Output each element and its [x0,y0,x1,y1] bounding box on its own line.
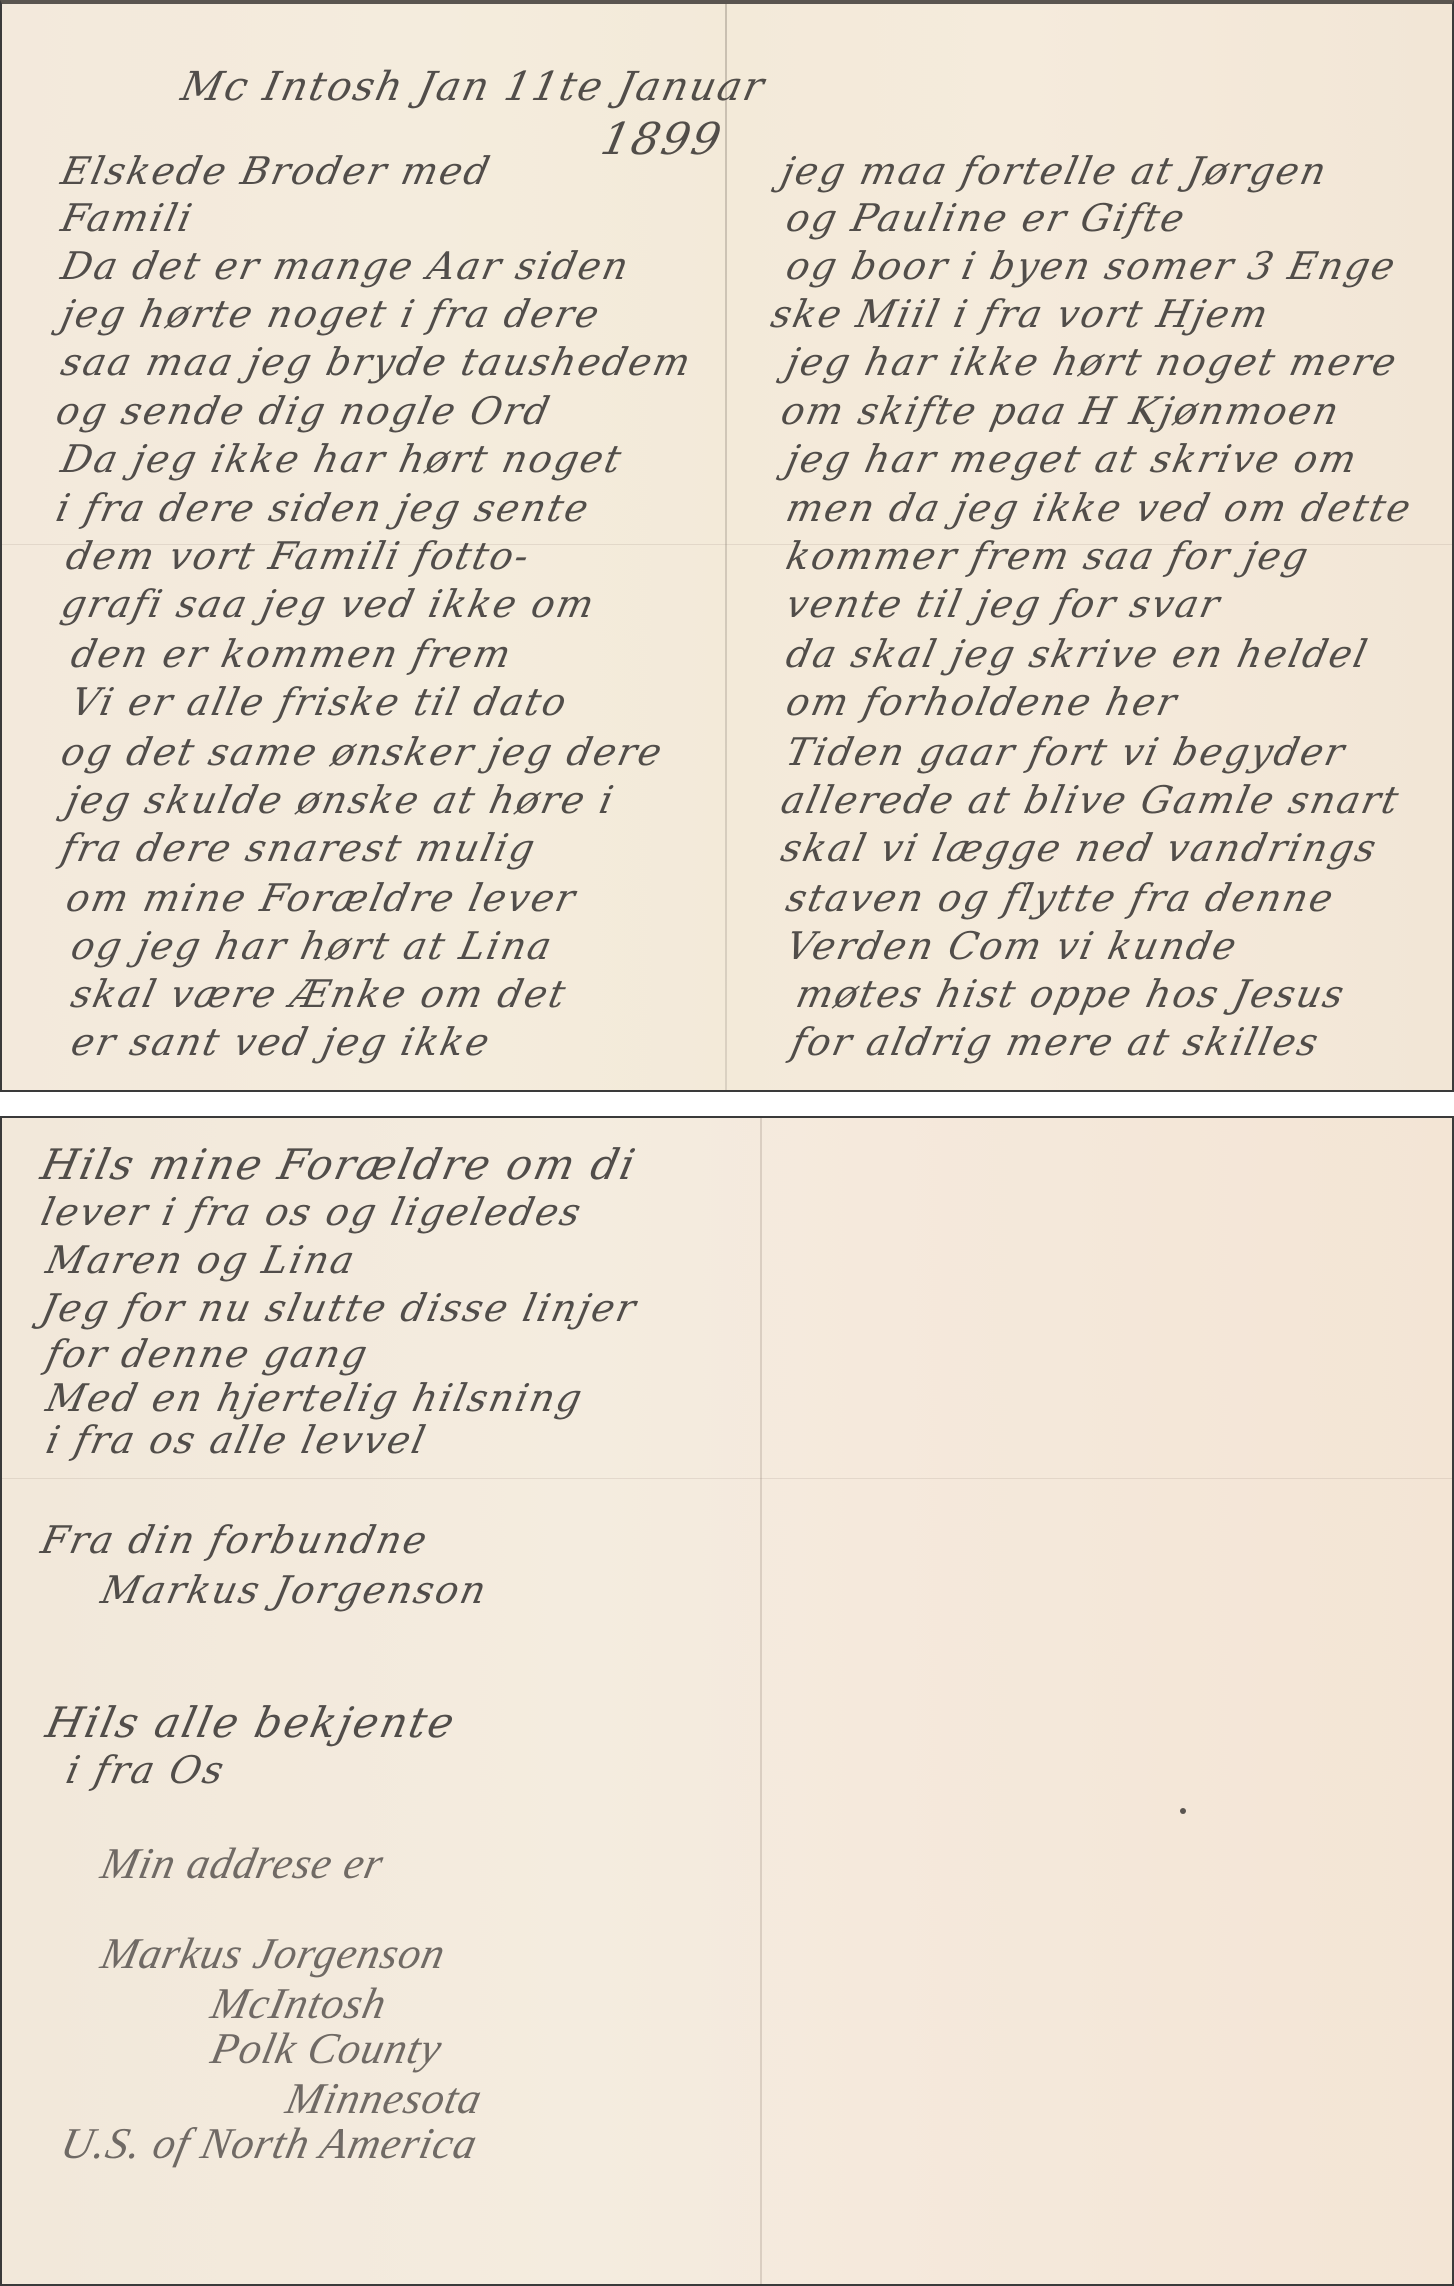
letter-line: Hils mine Forældre om di [37,1140,641,1189]
letter-line: saa maa jeg bryde taushedem [57,340,696,384]
signature-intro: Fra din forbundne [37,1518,432,1562]
letter-line: i fra dere siden jeg sente [52,486,594,530]
address-intro: Min addrese er [97,1838,389,1889]
letter-line: for aldrig mere at skilles [787,1020,1324,1064]
letter-line: og det same ønsker jeg dere [57,730,667,774]
ink-spot [1180,1808,1186,1814]
letter-line: Da jeg ikke har hørt noget [57,437,627,481]
letter-line: kommer frem saa for jeg [782,534,1314,578]
letter-line: Tiden gaar fort vi begyder [782,730,1350,774]
letter-line: Famili [57,196,197,240]
letter-line: for denne gang [42,1332,373,1376]
letter-line: Da det er mange Aar siden [57,244,634,288]
letter-line: grafi saa jeg ved ikke om [57,582,599,626]
letter-line: skal vi lægge ned vandrings [777,826,1381,870]
letter-line: den er kommen frem [67,632,516,676]
letter-line: vente til jeg for svar [782,582,1225,626]
letter-line: i fra os alle levvel [42,1418,431,1462]
letter-line: allerede at blive Gamle snart [777,778,1404,822]
letter-line: ske Miil i fra vort Hjem [767,292,1273,336]
letter-line: men da jeg ikke ved om dette [782,486,1416,530]
paper-crease [2,1478,1452,1479]
paper-fold-line [760,1118,762,2284]
postscript-line: Hils alle bekjente [42,1698,461,1747]
letter-line: jeg har meget at skrive om [782,437,1362,481]
letter-line: Maren og Lina [42,1238,360,1282]
letter-line: jeg hørte noget i fra dere [57,292,605,336]
letter-line: om skifte paa H Kjønmoen [777,389,1344,433]
letter-line: møtes hist oppe hos Jesus [792,972,1349,1016]
signature: Markus Jorgenson [97,1568,492,1612]
letter-line: Vi er alle friske til dato [67,680,572,724]
letter-line: og Pauline er Gifte [782,196,1190,240]
letter-line: Jeg for nu slutte disse linjer [37,1286,641,1330]
letter-year: 1899 [597,114,728,165]
postscript-line: i fra Os [62,1748,229,1792]
letter-line: om forholdene her [782,680,1182,724]
letter-line: dem vort Famili fotto- [62,534,534,578]
address-line: Polk County [207,2023,448,2074]
letter-line: skal være Ænke om det [67,972,571,1016]
letter-line: jeg har ikke hørt noget mere [782,340,1402,384]
letter-line: og jeg har hørt at Lina [67,924,557,968]
letter-line: og sende dig nogle Ord [52,389,555,433]
letter-line: fra dere snarest mulig [57,826,540,870]
address-line: Markus Jorgenson [97,1928,451,1979]
address-line: McIntosh [207,1978,392,2029]
letter-line: jeg maa fortelle at Jørgen [777,149,1332,193]
letter-line: og boor i byen somer 3 Enge [782,244,1400,288]
letter-page-1: Mc Intosh Jan 11te Januar 1899 Elskede B… [0,0,1454,1092]
letter-line: staven og flytte fra denne [782,876,1339,920]
address-line: U.S. of North America [57,2118,483,2169]
letter-line: jeg skulde ønske at høre i [62,778,619,822]
letter-place-date: Mc Intosh Jan 11te Januar [177,64,770,110]
address-line: Minnesota [282,2073,488,2124]
paper-fold-line [725,4,727,1090]
letter-page-2: Hils mine Forældre om di lever i fra os … [0,1116,1454,2286]
letter-line: Elskede Broder med [57,149,495,193]
letter-line: lever i fra os og ligeledes [37,1190,586,1234]
letter-line: Med en hjertelig hilsning [42,1376,587,1420]
letter-line: om mine Forældre lever [62,876,581,920]
letter-line: er sant ved jeg ikke [67,1020,495,1064]
letter-line: Verden Com vi kunde [782,924,1242,968]
letter-line: da skal jeg skrive en heldel [782,632,1373,676]
